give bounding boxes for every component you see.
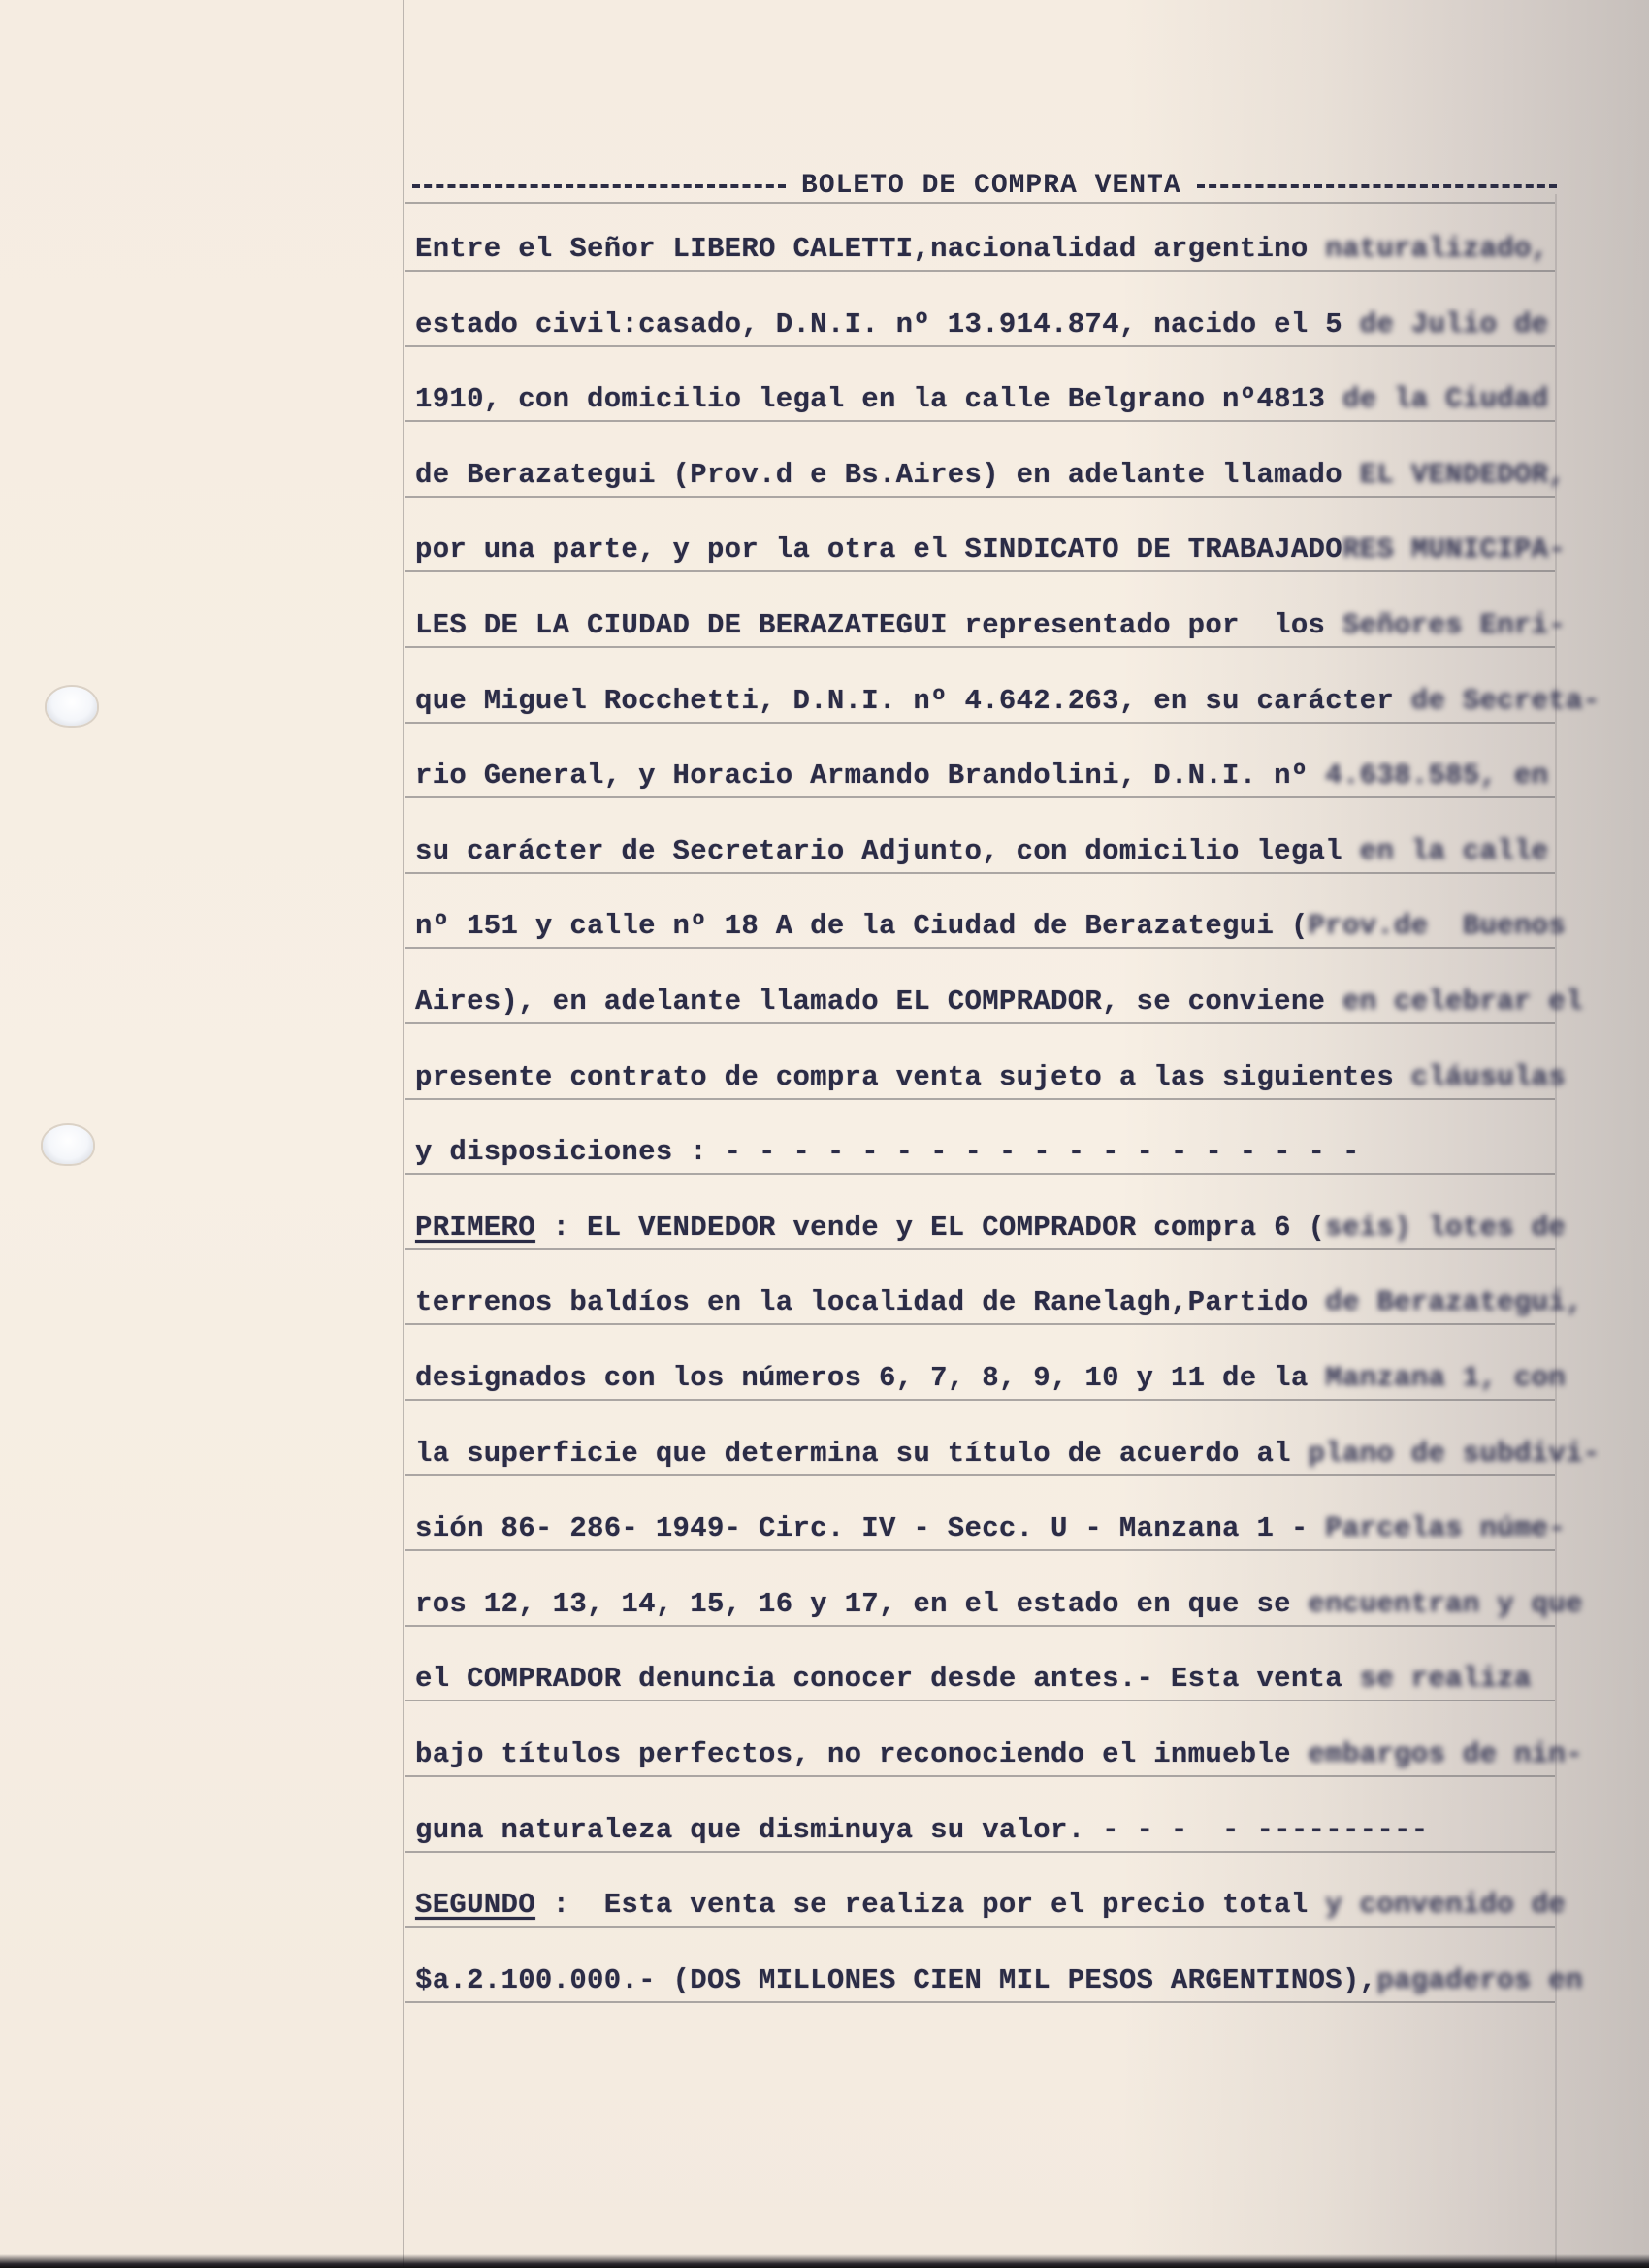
line-text-blurred: en celebrar el — [1342, 986, 1583, 1018]
line-text: sión 86- 286- 1949- Circ. IV - Secc. U -… — [415, 1512, 1325, 1544]
document-line: guna naturaleza que disminuya su valor. … — [415, 1814, 1428, 1846]
ruled-line — [405, 420, 1555, 422]
line-text-blurred: de Julio de — [1360, 308, 1549, 340]
ruled-line — [405, 947, 1555, 949]
ruled-line — [405, 1549, 1555, 1551]
title-dash-right — [1197, 184, 1557, 188]
document-line: SEGUNDO : Esta venta se realiza por el p… — [415, 1889, 1566, 1921]
line-text: LES DE LA CIUDAD DE BERAZATEGUI represen… — [415, 609, 1342, 641]
punch-hole-icon — [47, 687, 97, 726]
ruled-line — [405, 1625, 1555, 1627]
document-line: Aires), en adelante llamado EL COMPRADOR… — [415, 986, 1583, 1018]
document-line: bajo títulos perfectos, no reconociendo … — [415, 1738, 1583, 1770]
document-line: y disposiciones : - - - - - - - - - - - … — [415, 1136, 1360, 1168]
line-text-blurred: 4.638.585, en — [1325, 760, 1548, 792]
margin-rule — [403, 0, 404, 2268]
ruled-line — [405, 1775, 1555, 1777]
ruled-line — [405, 872, 1555, 874]
line-text: el COMPRADOR denuncia conocer desde ante… — [415, 1663, 1360, 1695]
document-header: BOLETO DE COMPRA VENTA — [412, 171, 1557, 201]
ruled-line — [405, 1851, 1555, 1853]
ruled-line — [405, 1098, 1555, 1100]
line-text-blurred: encuentran y que — [1309, 1588, 1583, 1620]
clause-heading: PRIMERO — [415, 1212, 535, 1244]
ruled-line — [405, 270, 1555, 272]
scan-edge-shadow — [0, 2254, 1649, 2268]
line-text-blurred: Manzana 1, con — [1325, 1362, 1566, 1394]
line-text-blurred: cláusulas — [1411, 1061, 1566, 1093]
line-text-blurred: de la Ciudad — [1342, 383, 1548, 415]
document-line: $a.2.100.000.- (DOS MILLONES CIEN MIL PE… — [415, 1964, 1583, 1996]
document-line: nº 151 y calle nº 18 A de la Ciudad de B… — [415, 910, 1566, 942]
ruled-line — [405, 1926, 1555, 1928]
document-line: ros 12, 13, 14, 15, 16 y 17, en el estad… — [415, 1588, 1583, 1620]
line-text-blurred: Señores Enri- — [1342, 609, 1566, 641]
document-line: PRIMERO : EL VENDEDOR vende y EL COMPRAD… — [415, 1212, 1566, 1244]
line-text-blurred: EL VENDEDOR, — [1360, 459, 1566, 491]
line-text: : EL VENDEDOR vende y EL COMPRADOR compr… — [535, 1212, 1325, 1244]
document-line: 1910, con domicilio legal en la calle Be… — [415, 383, 1548, 415]
ruled-line — [405, 2001, 1555, 2003]
ruled-line — [405, 1399, 1555, 1401]
document-line: presente contrato de compra venta sujeto… — [415, 1061, 1566, 1093]
ruled-line — [405, 1022, 1555, 1024]
line-text-blurred: de Berazategui, — [1325, 1286, 1583, 1318]
ruled-line — [405, 202, 1555, 204]
clause-heading: SEGUNDO — [415, 1889, 535, 1921]
line-text: : Esta venta se realiza por el precio to… — [535, 1889, 1325, 1921]
line-text: ros 12, 13, 14, 15, 16 y 17, en el estad… — [415, 1588, 1309, 1620]
line-text: designados con los números 6, 7, 8, 9, 1… — [415, 1362, 1325, 1394]
ruled-line — [405, 722, 1555, 724]
ruled-line — [405, 570, 1555, 572]
document-line: designados con los números 6, 7, 8, 9, 1… — [415, 1362, 1566, 1394]
line-text: $a.2.100.000.- (DOS MILLONES CIEN MIL PE… — [415, 1964, 1376, 1996]
document-line: el COMPRADOR denuncia conocer desde ante… — [415, 1663, 1532, 1695]
ruled-line — [405, 796, 1555, 798]
line-text-blurred: de Secreta- — [1411, 685, 1600, 717]
line-text-blurred: Prov.de Buenos — [1309, 910, 1567, 942]
line-text: por una parte, y por la otra el SINDICAT… — [415, 534, 1342, 566]
line-text: rio General, y Horacio Armando Brandolin… — [415, 760, 1325, 792]
document-line: sión 86- 286- 1949- Circ. IV - Secc. U -… — [415, 1512, 1566, 1544]
document-line: terrenos baldíos en la localidad de Rane… — [415, 1286, 1583, 1318]
ruled-line — [405, 1700, 1555, 1701]
document-line: que Miguel Rocchetti, D.N.I. nº 4.642.26… — [415, 685, 1600, 717]
ruled-line — [405, 1173, 1555, 1175]
document-line: su carácter de Secretario Adjunto, con d… — [415, 835, 1548, 867]
document-title: BOLETO DE COMPRA VENTA — [801, 171, 1181, 201]
line-text: que Miguel Rocchetti, D.N.I. nº 4.642.26… — [415, 685, 1411, 717]
line-text: terrenos baldíos en la localidad de Rane… — [415, 1286, 1325, 1318]
line-text: la superficie que determina su título de… — [415, 1438, 1309, 1470]
line-text-blurred: embargos de nin- — [1309, 1738, 1583, 1770]
line-text: 1910, con domicilio legal en la calle Be… — [415, 383, 1342, 415]
title-dash-left — [412, 184, 786, 188]
line-text: de Berazategui (Prov.d e Bs.Aires) en ad… — [415, 459, 1360, 491]
punch-hole-icon — [43, 1125, 93, 1164]
document-line: por una parte, y por la otra el SINDICAT… — [415, 534, 1566, 566]
line-text-blurred: plano de subdivi- — [1309, 1438, 1600, 1470]
line-text-blurred: se realiza — [1360, 1663, 1532, 1695]
line-text: guna naturaleza que disminuya su valor. … — [415, 1814, 1428, 1846]
line-text-blurred: naturalizado, — [1325, 233, 1548, 265]
line-text: presente contrato de compra venta sujeto… — [415, 1061, 1411, 1093]
document-line: estado civil:casado, D.N.I. nº 13.914.87… — [415, 308, 1548, 340]
line-text: bajo títulos perfectos, no reconociendo … — [415, 1738, 1309, 1770]
document-line: Entre el Señor LIBERO CALETTI,nacionalid… — [415, 233, 1548, 265]
line-text: su carácter de Secretario Adjunto, con d… — [415, 835, 1360, 867]
line-text-blurred: en la calle — [1360, 835, 1549, 867]
document-line: LES DE LA CIUDAD DE BERAZATEGUI represen… — [415, 609, 1566, 641]
line-text-blurred: y convenido de — [1325, 1889, 1566, 1921]
line-text-blurred: Parcelas núme- — [1325, 1512, 1566, 1544]
ruled-line — [405, 1248, 1555, 1250]
ruled-line — [405, 345, 1555, 347]
line-text: y disposiciones : - - - - - - - - - - - … — [415, 1136, 1360, 1168]
line-text-blurred: RES MUNICIPA- — [1342, 534, 1566, 566]
document-line: de Berazategui (Prov.d e Bs.Aires) en ad… — [415, 459, 1566, 491]
ruled-line — [405, 1323, 1555, 1325]
line-text-blurred: pagaderos en — [1376, 1964, 1582, 1996]
document-line: la superficie que determina su título de… — [415, 1438, 1600, 1470]
line-text: Entre el Señor LIBERO CALETTI,nacionalid… — [415, 233, 1325, 265]
ruled-line — [405, 1474, 1555, 1476]
document-page: BOLETO DE COMPRA VENTA Entre el Señor LI… — [0, 0, 1649, 2268]
line-text: nº 151 y calle nº 18 A de la Ciudad de B… — [415, 910, 1309, 942]
line-text-blurred: seis) lotes de — [1325, 1212, 1566, 1244]
ruled-line — [405, 646, 1555, 648]
ruled-line — [405, 496, 1555, 498]
line-text: estado civil:casado, D.N.I. nº 13.914.87… — [415, 308, 1360, 340]
document-line: rio General, y Horacio Armando Brandolin… — [415, 760, 1548, 792]
line-text: Aires), en adelante llamado EL COMPRADOR… — [415, 986, 1342, 1018]
